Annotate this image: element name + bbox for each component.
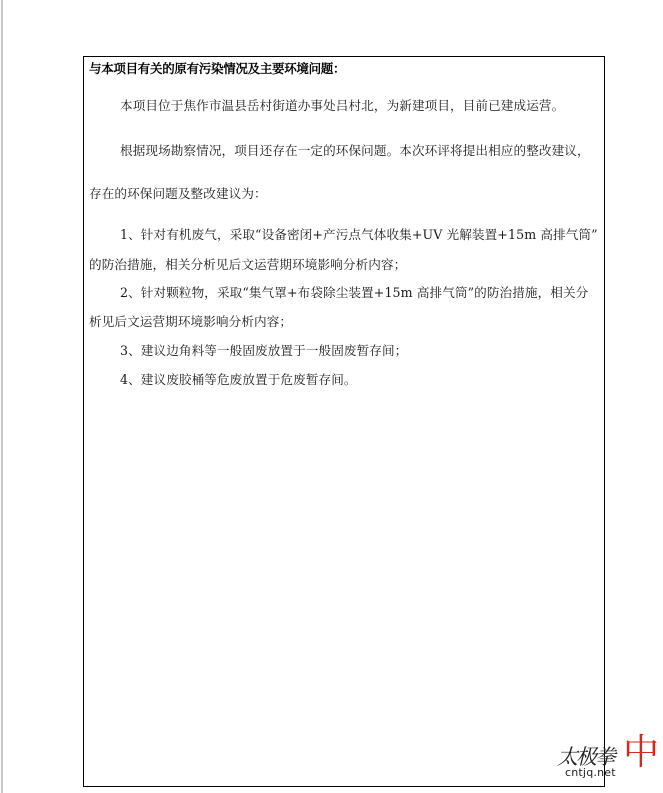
list-item-2-line2: 析见后文运营期环境影响分析内容； <box>89 311 292 330</box>
paragraph-location: 本项目位于焦作市温县岳村街道办事处吕村北，为新建项目，目前已建成运营。 <box>120 95 564 114</box>
watermark-red-glyph: 中 <box>623 735 659 771</box>
paragraph-survey: 根据现场勘察情况，项目还存在一定的环保问题。本次环评将提出相应的整改建议， <box>120 140 590 159</box>
page-edge <box>1 0 3 793</box>
watermark-logo: 太极拳 中 cntjq.net <box>553 735 663 793</box>
list-item-4: 4、建议废胶桶等危废放置于危废暂存间。 <box>120 369 357 388</box>
list-item-1-line1: 1、针对有机废气，采取“设备密闭+产污点气体收集+UV 光解装置+15m 高排气… <box>120 224 598 243</box>
document-table-cell: 与本项目有关的原有污染情况及主要环境问题： 本项目位于焦作市温县岳村街道办事处吕… <box>83 56 605 787</box>
list-item-2-line1: 2、针对颗粒物，采取“集气罩+布袋除尘装置+15m 高排气筒”的防治措施，相关分 <box>120 282 588 301</box>
list-item-3: 3、建议边角料等一般固废放置于一般固废暂存间； <box>120 340 407 359</box>
list-item-1-line2: 的防治措施，相关分析见后文运营期环境影响分析内容； <box>89 254 406 273</box>
section-heading: 与本项目有关的原有污染情况及主要环境问题： <box>89 59 345 77</box>
paragraph-issues-intro: 存在的环保问题及整改建议为： <box>89 183 267 202</box>
watermark-url: cntjq.net <box>565 766 616 779</box>
